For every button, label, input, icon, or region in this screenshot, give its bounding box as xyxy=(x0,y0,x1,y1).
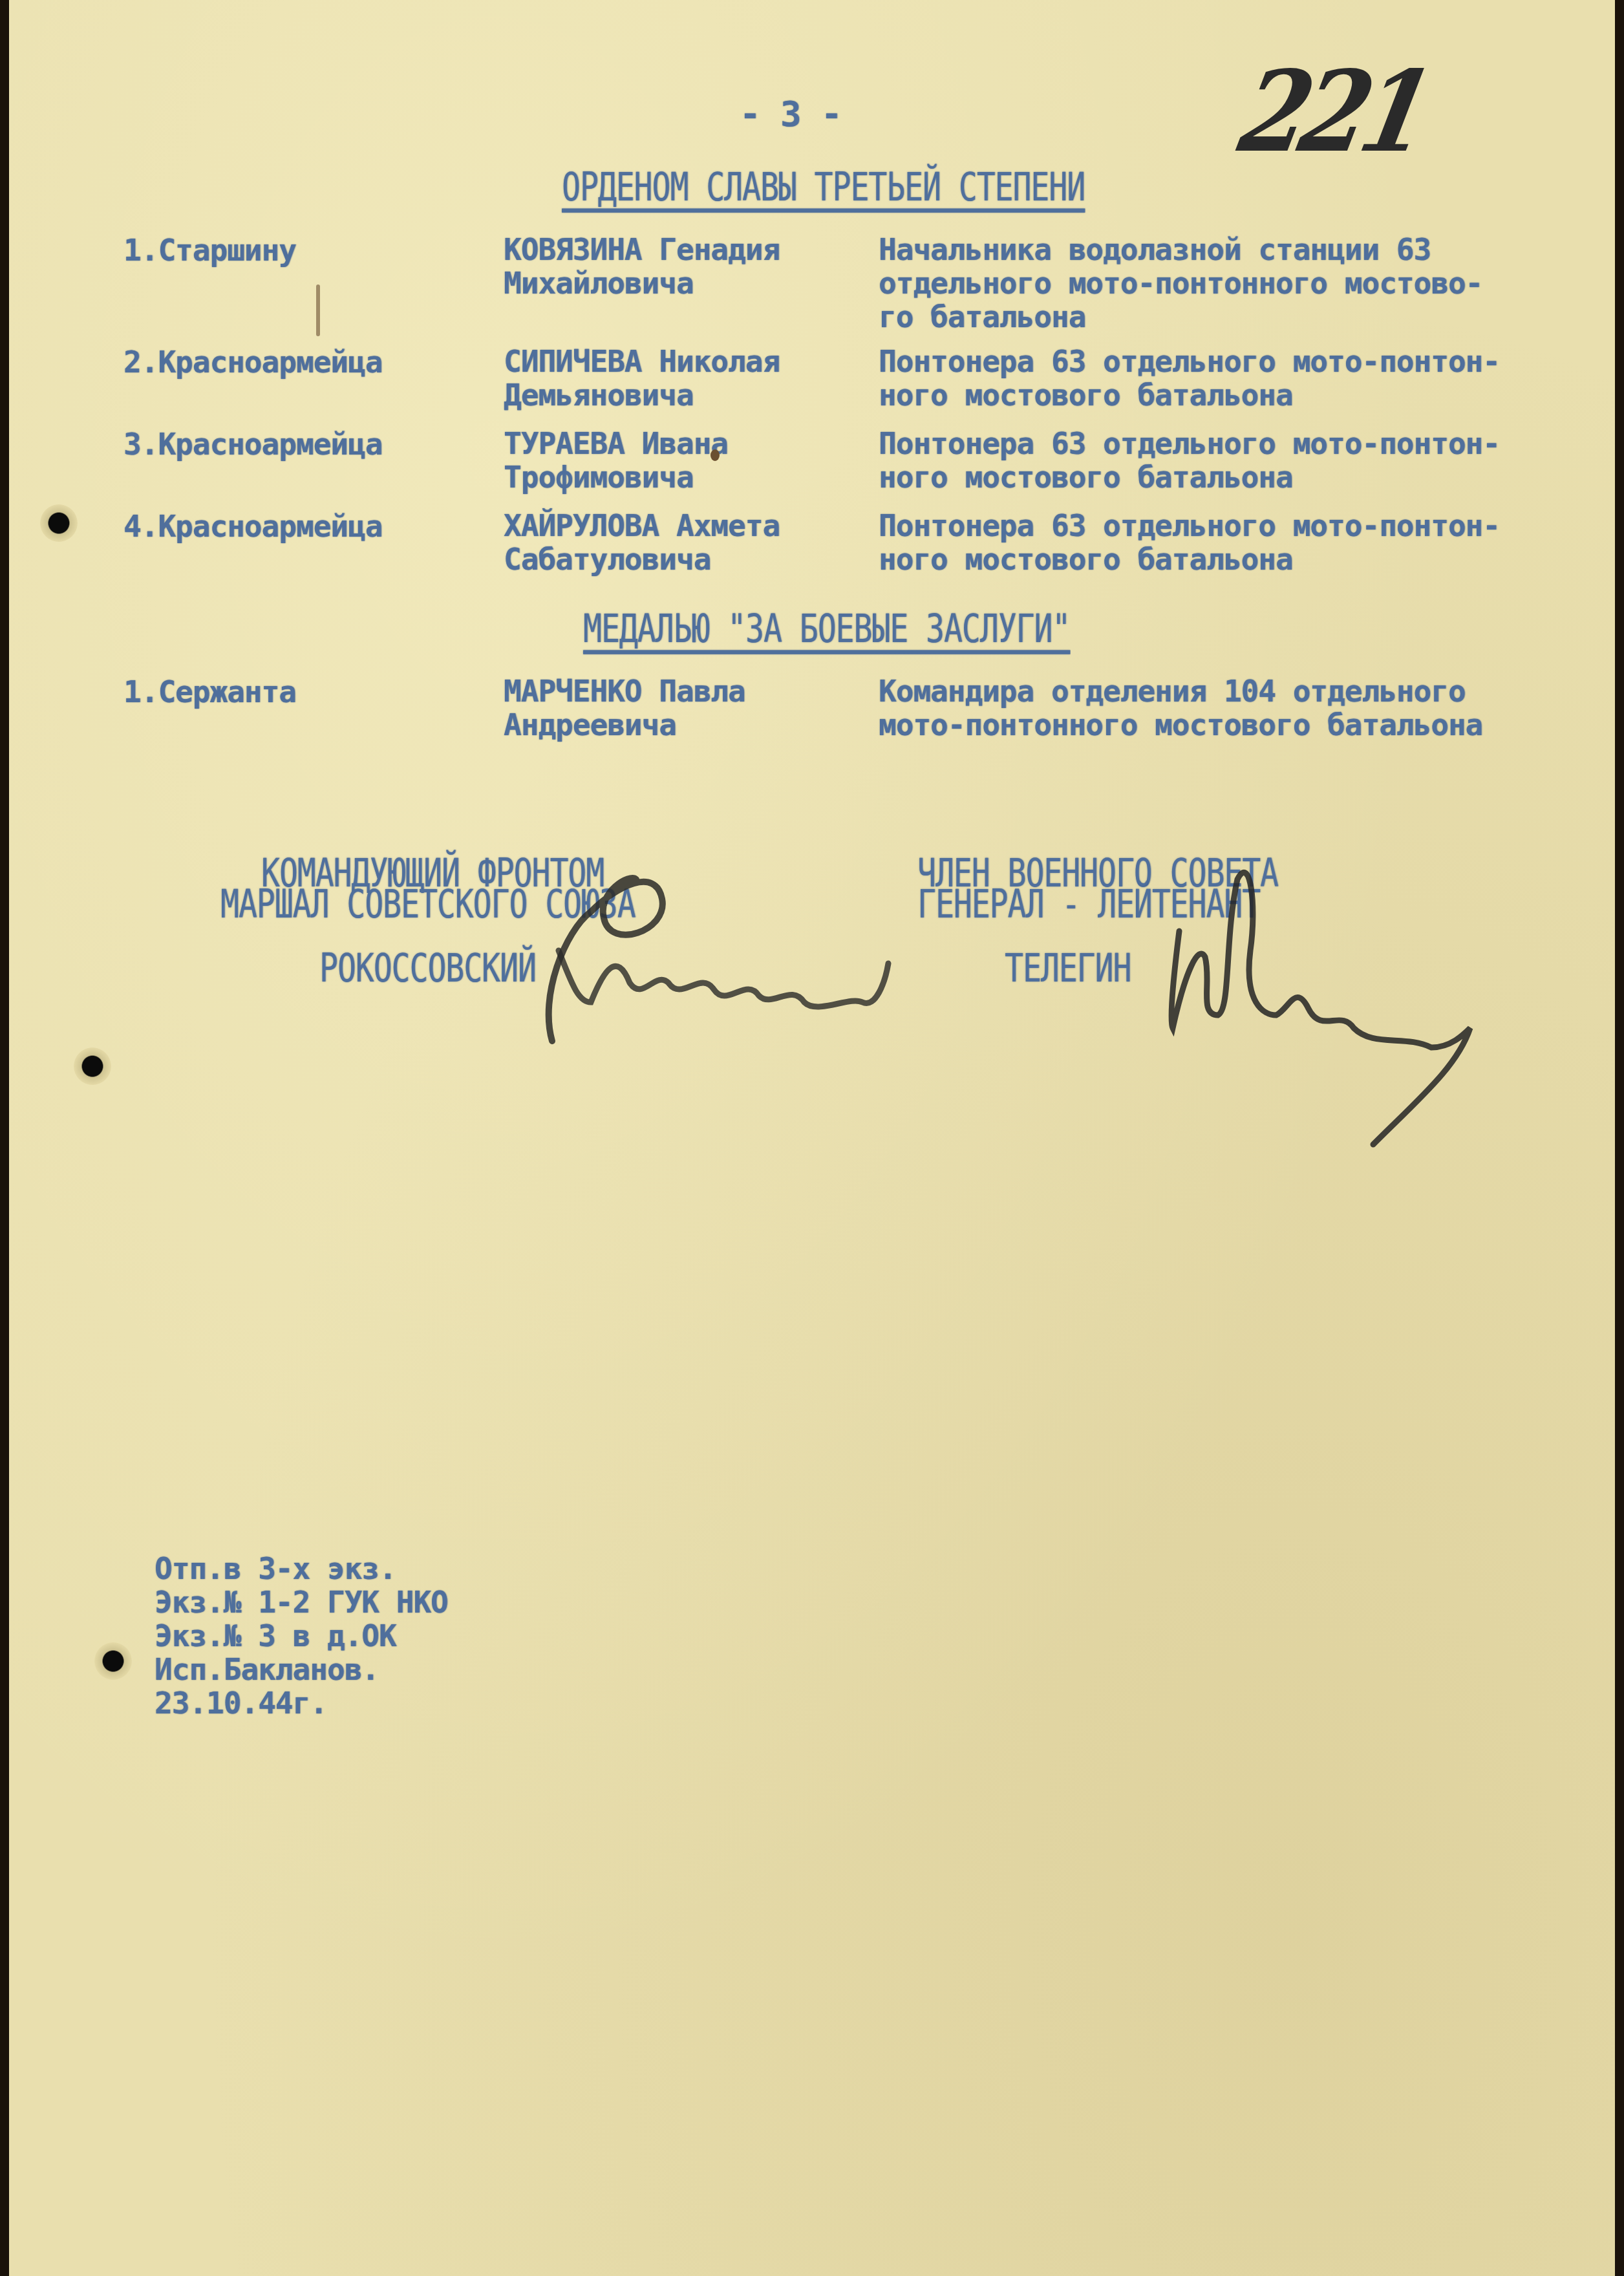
entry-rank: 4.Красноармейца xyxy=(123,509,382,544)
entry-patronymic: Трофимовича xyxy=(504,460,694,494)
signatory-name: РОКОССОВСКИЙ xyxy=(319,947,536,989)
entry-name: КОВЯЗИНА Генадия xyxy=(504,233,780,266)
document-page: - 3 - 221 ОРДЕНОМ СЛАВЫ ТРЕТЬЕЙ СТЕПЕНИ … xyxy=(9,0,1615,2276)
handwritten-signature-rokossovsky xyxy=(513,853,979,1060)
punch-hole xyxy=(74,1047,111,1085)
section-heading-order-of-glory: ОРДЕНОМ СЛАВЫ ТРЕТЬЕЙ СТЕПЕНИ xyxy=(562,165,1085,210)
entry-name: ХАЙРУЛОВА Ахмета xyxy=(504,509,780,542)
entry-rank: 1.Сержанта xyxy=(123,674,296,709)
signatory-name: ТЕЛЕГИН xyxy=(1005,947,1131,989)
entry-rank: 2.Красноармейца xyxy=(123,345,382,380)
paper-mark xyxy=(316,284,320,336)
entry-position: Понтонера 63 отдельного мото-понтон- ног… xyxy=(879,345,1500,412)
entry-patronymic: Демьяновича xyxy=(504,378,694,412)
entry-patronymic: Андреевича xyxy=(504,708,676,742)
entry-position: Понтонера 63 отдельного мото-понтон- ног… xyxy=(879,427,1500,494)
entry-position: Понтонера 63 отдельного мото-понтон- ног… xyxy=(879,509,1500,576)
archive-number-handwritten: 221 xyxy=(1230,47,1437,177)
entry-patronymic: Сабатуловича xyxy=(504,542,710,576)
handwritten-signature-telegin xyxy=(1160,853,1548,1151)
entry-rank: 3.Красноармейца xyxy=(123,427,382,462)
entry-patronymic: Михайловича xyxy=(504,266,694,300)
punch-hole xyxy=(94,1642,132,1680)
section-heading-medal-for-combat-merit: МЕДАЛЬЮ "ЗА БОЕВЫЕ ЗАСЛУГИ" xyxy=(583,607,1070,652)
entry-name: МАРЧЕНКО Павла xyxy=(504,674,745,708)
entry-name: СИПИЧЕВА Николая xyxy=(504,345,780,378)
ink-stain xyxy=(710,449,720,461)
entry-position: Командира отделения 104 отдельного мото-… xyxy=(879,674,1482,742)
entry-rank: 1.Старшину xyxy=(123,233,296,268)
entry-position: Начальника водолазной станции 63 отдельн… xyxy=(879,233,1482,334)
document-footer-distribution: Отп.в 3-х экз. Экз.№ 1-2 ГУК НКО Экз.№ 3… xyxy=(155,1552,448,1720)
punch-hole xyxy=(40,504,78,542)
entry-name: ТУРАЕВА Ивана xyxy=(504,427,728,460)
page-number: - 3 - xyxy=(740,94,842,134)
